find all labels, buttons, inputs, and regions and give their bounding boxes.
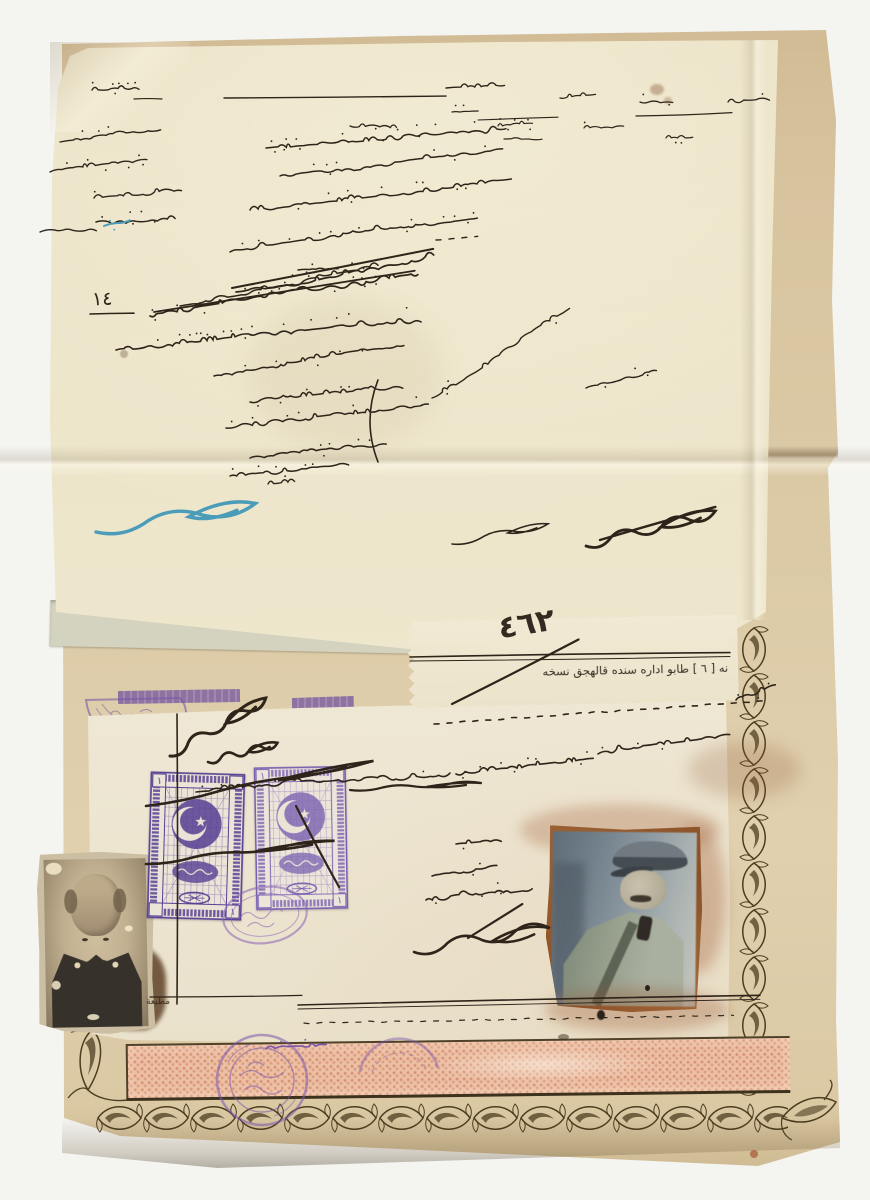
round-seal [214,1032,310,1128]
slip-printed-caption: نه [ ٦ ] طابو اداره سنده قالهجق نسخه [542,661,728,679]
photo-left-image [44,858,149,1028]
serial-slip: نه [ ٦ ] طابو اداره سنده قالهجق نسخه [407,615,739,708]
stamp-digit: ١ [260,771,265,782]
stamp-digit: ١ [337,895,342,906]
portrait-photo-left [36,851,155,1035]
folded-corner [50,42,190,132]
photo-right-image [551,831,697,1006]
stamp-digit: ١ [157,776,163,787]
printer-imprint: مطبعة [146,997,170,1007]
margin-number: ١٤ [92,288,113,311]
frame-border-bottom [96,1094,788,1142]
photo-right-mustache [630,895,652,902]
portrait-photo-right [545,825,703,1013]
photo-right-face [620,870,666,909]
partial-round-seal [356,1036,442,1076]
document-scan: نه [ ٦ ] طابو اداره سنده قالهجق نسخه ٤٦٢… [0,0,870,1200]
oval-seal [216,878,314,952]
vertical-crease [740,40,766,620]
